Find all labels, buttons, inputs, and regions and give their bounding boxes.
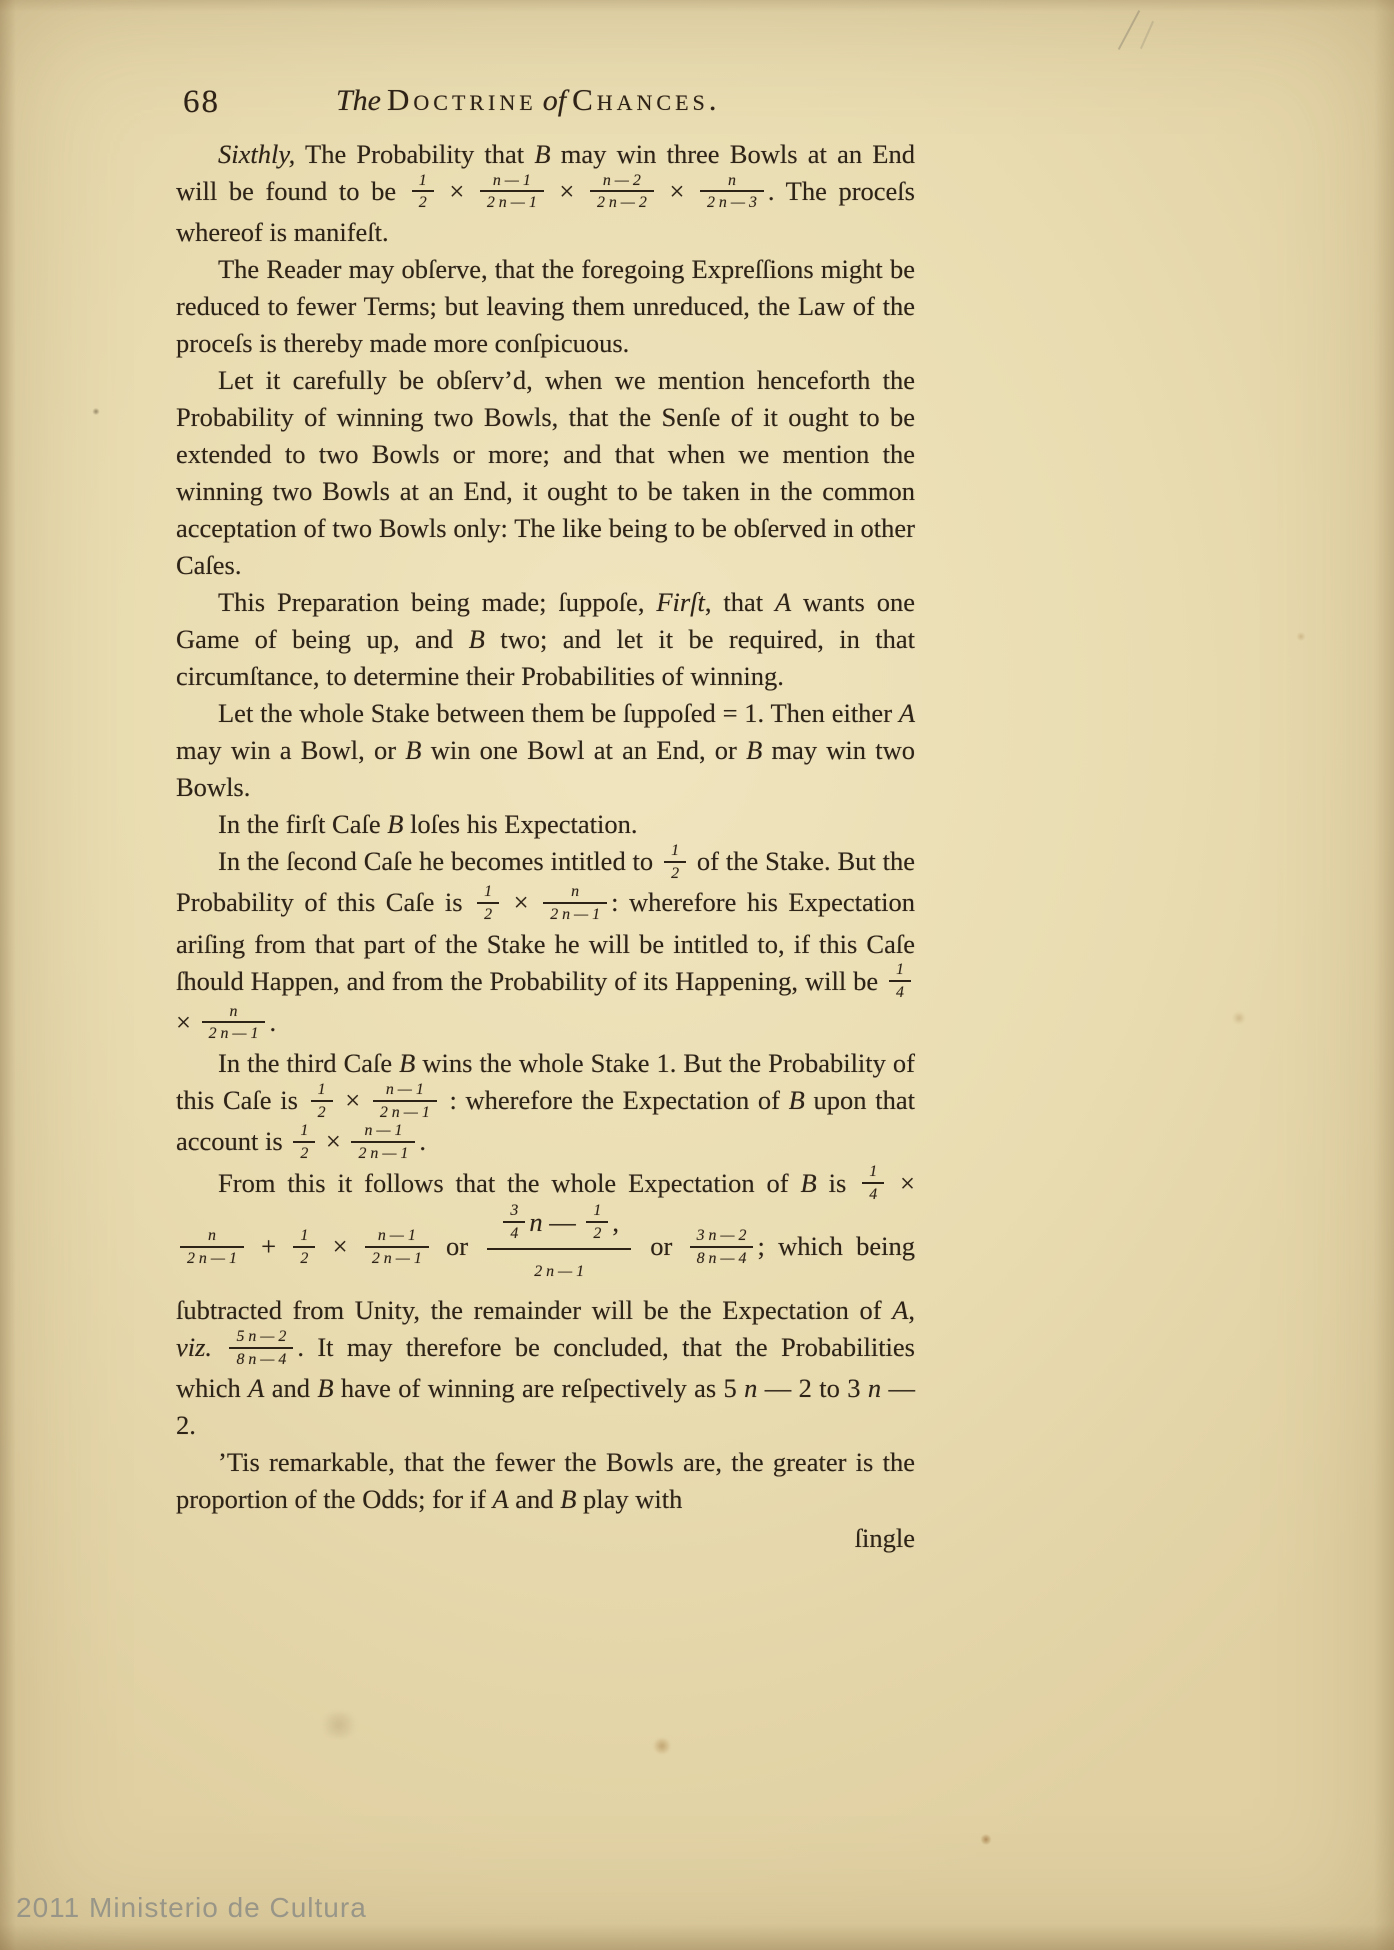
text-run: is (817, 1168, 858, 1198)
fraction-numerator: 3 (503, 1202, 525, 1223)
text-run: or (637, 1231, 686, 1261)
fraction-numerator: 1 (293, 1122, 315, 1143)
text-run: . (419, 1126, 426, 1156)
text-run: , (908, 1295, 915, 1325)
text-run: , that (705, 587, 775, 617)
paragraph: From this it follows that the whole Expe… (176, 1165, 915, 1445)
paragraph: This Preparation being made; ſuppoſe, Fi… (176, 584, 915, 695)
fraction-denominator: 2 n — 2 (590, 192, 654, 212)
fraction-denominator: 2 (293, 1143, 315, 1163)
fraction-denominator: 2 (586, 1223, 608, 1243)
text-run: and (509, 1484, 561, 1514)
fraction: 12 (664, 842, 686, 883)
fraction: 14 (889, 961, 911, 1002)
italic-run: A (892, 1295, 908, 1325)
fraction-numerator: 1 (311, 1081, 333, 1102)
fraction-numerator: n — 2 (590, 172, 654, 193)
fraction-denominator: 2 n — 1 (180, 1248, 244, 1268)
fraction: n — 12 n — 1 (480, 172, 544, 213)
fraction: n — 12 n — 1 (373, 1081, 437, 1122)
fraction-numerator: 1 (477, 883, 499, 904)
fraction: 12 (412, 172, 434, 213)
fraction-denominator: 2 n — 1 (351, 1143, 415, 1163)
fraction: 12 (311, 1081, 333, 1122)
text-run (212, 1332, 225, 1362)
catchword-line: ſingle (176, 1520, 915, 1557)
italic-run: Firſt (656, 587, 705, 617)
fraction-denominator: 2 n — 1 (480, 192, 544, 212)
running-title: TheDoctrineofChances. (336, 82, 721, 118)
paragraph: The Reader may obſerve, that the foregoi… (176, 251, 915, 362)
fraction: n2 n — 1 (543, 883, 607, 924)
text-run: win one Bowl at an End, or (421, 735, 746, 765)
fraction: 12 (293, 1227, 315, 1268)
italic-run: B (405, 735, 421, 765)
italic-run: A (492, 1484, 508, 1514)
fraction-numerator: n — 1 (480, 172, 544, 193)
paragraph: In the third Caſe B wins the whole Stake… (176, 1045, 915, 1164)
paragraph: Let it carefully be obſerv’d, when we me… (176, 362, 915, 584)
text-run: — (543, 1207, 583, 1237)
text-run: . (269, 1007, 276, 1037)
text-column: Sixthly, The Probability that B may win … (176, 136, 915, 1557)
italic-run: n (744, 1373, 757, 1403)
italic-run: B (469, 624, 485, 654)
fraction: n2 n — 1 (202, 1003, 266, 1044)
fraction: 12 (477, 883, 499, 924)
italic-run: B (560, 1484, 576, 1514)
fraction: 12 (586, 1202, 608, 1243)
fraction-numerator: n — 1 (351, 1122, 415, 1143)
paragraphs-container: Sixthly, The Probability that B may win … (176, 136, 915, 1518)
italic-run: B (801, 1168, 817, 1198)
fraction-denominator: 2 (293, 1248, 315, 1268)
fraction-numerator: 1 (664, 842, 686, 863)
text-run: × (888, 1168, 915, 1198)
text-run: × (319, 1126, 347, 1156)
fraction: n — 12 n — 1 (351, 1122, 415, 1163)
paragraph: Let the whole Stake between them be ſupp… (176, 695, 915, 806)
italic-run: A (899, 698, 915, 728)
text-run: loſes his Expectation. (403, 809, 637, 839)
fraction-denominator: 2 n — 1 (487, 1250, 631, 1290)
italic-run: B (399, 1048, 415, 1078)
text-run: From this it follows that the whole Expe… (218, 1168, 801, 1198)
fraction: 12 (293, 1122, 315, 1163)
text-run: Let it carefully be obſerv’d, when we me… (176, 365, 915, 580)
italic-run: viz. (176, 1332, 212, 1362)
fraction: 34 (503, 1202, 525, 1243)
foxing-stain (980, 1834, 992, 1845)
title-word-doctrine: Doctrine (387, 82, 537, 117)
fraction: n2 n — 3 (700, 172, 764, 213)
watermark: 2011 Ministerio de Cultura (16, 1892, 367, 1924)
italic-run: Sixthly, (218, 139, 295, 169)
fraction: 14 (862, 1163, 884, 1204)
text-run: × (503, 887, 539, 917)
title-word-the: The (336, 84, 381, 117)
foxing-stain (652, 1738, 672, 1754)
text-run: In the third Caſe (218, 1048, 399, 1078)
text-run: In the firſt Caſe (218, 809, 387, 839)
text-run: + (248, 1231, 290, 1261)
fraction: 3 n — 28 n — 4 (690, 1227, 754, 1268)
text-run: × (176, 1007, 198, 1037)
fraction-numerator: n (543, 883, 607, 904)
fraction-numerator: 5 n — 2 (229, 1328, 293, 1349)
fraction-numerator: 34n — 12, (487, 1204, 631, 1250)
italic-run: A (775, 587, 791, 617)
paragraph: Sixthly, The Probability that B may win … (176, 136, 915, 251)
paragraph: In the firſt Caſe B loſes his Expectatio… (176, 806, 915, 843)
fraction-numerator: n (700, 172, 764, 193)
text-run: : wherefore the Expectation of (441, 1085, 789, 1115)
text-run: — 2 to 3 (757, 1373, 867, 1403)
text-run: × (337, 1085, 369, 1115)
fraction-denominator: 4 (503, 1223, 525, 1243)
italic-run: A (248, 1373, 264, 1403)
text-run: or (433, 1231, 482, 1261)
fraction: 34n — 12,2 n — 1 (487, 1204, 631, 1290)
text-run: may win a Bowl, or (176, 735, 405, 765)
fraction: n — 12 n — 1 (365, 1227, 429, 1268)
text-run: This Preparation being made; ſuppoſe, (218, 587, 656, 617)
foxing-stain (318, 1712, 360, 1738)
italic-run: n (868, 1373, 881, 1403)
paragraph: ’Tis remarkable, that the fewer the Bowl… (176, 1444, 915, 1518)
fraction-denominator: 2 n — 1 (373, 1102, 437, 1122)
title-word-of: of (543, 84, 566, 117)
fraction-numerator: n (202, 1003, 266, 1024)
text-run: and (264, 1373, 317, 1403)
fraction-denominator: 2 (412, 192, 434, 212)
text-run: × (658, 176, 696, 206)
page-number: 68 (183, 84, 220, 121)
ink-speck (92, 408, 100, 415)
italic-run: B (317, 1373, 333, 1403)
text-run: Let the whole Stake between them be ſupp… (218, 698, 899, 728)
fraction: 5 n — 28 n — 4 (229, 1328, 293, 1369)
fraction-denominator: 4 (862, 1184, 884, 1204)
text-run: , (612, 1207, 619, 1237)
italic-run: n (529, 1207, 542, 1237)
fraction-denominator: 4 (889, 982, 911, 1002)
fraction-numerator: n — 1 (373, 1081, 437, 1102)
fraction-denominator: 8 n — 4 (229, 1349, 293, 1369)
italic-run: B (387, 809, 403, 839)
fraction-denominator: 2 n — 1 (365, 1248, 429, 1268)
pencil-mark (1140, 21, 1154, 49)
foxing-stain (1296, 632, 1306, 641)
fraction-numerator: 3 n — 2 (690, 1227, 754, 1248)
fraction-denominator: 2 (311, 1102, 333, 1122)
fraction-denominator: 2 (664, 863, 686, 883)
text-run: have of winning are reſpectively as 5 (334, 1373, 745, 1403)
italic-run: B (534, 139, 550, 169)
text-run: × (319, 1231, 361, 1261)
fraction-numerator: n — 1 (365, 1227, 429, 1248)
catchword: ſingle (855, 1523, 915, 1553)
fraction-denominator: 2 n — 1 (543, 904, 607, 924)
text-run: play with (576, 1484, 682, 1514)
fraction-numerator: 1 (293, 1227, 315, 1248)
text-run: × (438, 176, 476, 206)
italic-run: B (746, 735, 762, 765)
fraction: n2 n — 1 (180, 1227, 244, 1268)
fraction-numerator: 1 (862, 1163, 884, 1184)
fraction-denominator: 8 n — 4 (690, 1248, 754, 1268)
fraction: n — 22 n — 2 (590, 172, 654, 213)
fraction-numerator: 1 (586, 1202, 608, 1223)
book-page-scan: { "colors": { "paper": "#e9dcb1", "ink":… (0, 0, 1394, 1950)
foxing-stain (1232, 1012, 1246, 1024)
fraction-denominator: 2 n — 3 (700, 192, 764, 212)
fraction-numerator: n (180, 1227, 244, 1248)
fraction-numerator: 1 (889, 961, 911, 982)
pencil-mark (1118, 10, 1140, 50)
italic-run: B (789, 1085, 805, 1115)
fraction-numerator: 1 (412, 172, 434, 193)
fraction-denominator: 2 (477, 904, 499, 924)
text-run: In the ſecond Caſe he becomes intitled t… (218, 846, 660, 876)
fraction-denominator: 2 n — 1 (202, 1023, 266, 1043)
paragraph: In the ſecond Caſe he becomes intitled t… (176, 843, 915, 1045)
title-word-chances: Chances. (572, 82, 720, 117)
text-run: The Probability that (295, 139, 534, 169)
text-run: × (548, 176, 586, 206)
text-run: The Reader may obſerve, that the foregoi… (176, 254, 915, 358)
